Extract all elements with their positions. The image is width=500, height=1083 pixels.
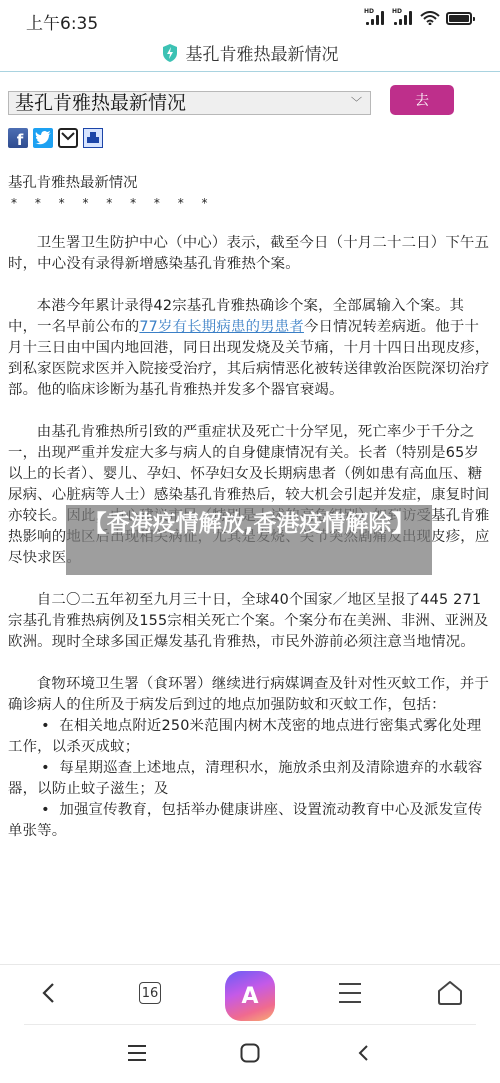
- facebook-icon[interactable]: f: [8, 128, 28, 148]
- hd-signal-icon: HD: [364, 11, 386, 25]
- status-time: 上午6:35: [26, 9, 98, 34]
- home-icon: [437, 980, 463, 1006]
- paragraph: 食物环境卫生署（食环署）继续进行病媒调查及针对性灭蚊工作，并于确诊病人的住所及于…: [8, 674, 492, 716]
- headline-overlay: 【香港疫情解放,香港疫情解除】: [66, 505, 432, 575]
- back-icon: [41, 982, 55, 1004]
- tabs-button[interactable]: 16: [130, 973, 170, 1013]
- tab-count: 16: [139, 982, 161, 1004]
- back-icon: [357, 1044, 369, 1062]
- wifi-icon: [420, 11, 440, 25]
- system-nav: [0, 1025, 500, 1083]
- recents-button[interactable]: [119, 1035, 155, 1071]
- menu-button[interactable]: [330, 973, 370, 1013]
- page-select[interactable]: 基孔肯雅热最新情况 ﹀: [8, 91, 371, 115]
- recents-icon: [127, 1044, 147, 1062]
- list-item: • 加强宣传教育，包括举办健康讲座、设置流动教育中心及派发宣传单张等。: [8, 800, 492, 842]
- print-icon[interactable]: [83, 128, 103, 148]
- status-bar: 上午6:35 HD HD: [0, 0, 500, 34]
- web-content: 基孔肯雅热最新情况 ﹀ 去 f 基孔肯雅热最新情况 * * * * * * * …: [0, 73, 500, 960]
- system-back-button[interactable]: [345, 1035, 381, 1071]
- twitter-icon[interactable]: [33, 128, 53, 148]
- paragraph: 卫生署卫生防护中心（中心）表示，截至今日（十月二十二日）下午五时，中心没有录得新…: [8, 233, 492, 275]
- back-button[interactable]: [28, 973, 68, 1013]
- separator-stars: * * * * * * * * *: [8, 194, 492, 212]
- list-item: • 在相关地点附近250米范围内树木茂密的地点进行密集式雾化处理工作，以杀灭成蚊…: [8, 716, 492, 758]
- paragraph: 本港今年累计录得42宗基孔肯雅热确诊个案，全部属输入个案。其中，一名早前公布的7…: [8, 296, 492, 401]
- status-icons: HD HD: [364, 11, 472, 25]
- home-icon: [240, 1043, 260, 1063]
- chevron-down-icon: ﹀: [351, 92, 362, 114]
- patient-link[interactable]: 77岁有长期病患的男患者: [139, 319, 304, 335]
- browser-logo-icon: A: [241, 984, 258, 1009]
- page-nav: 基孔肯雅热最新情况 ﹀ 去: [8, 91, 488, 125]
- select-value: 基孔肯雅热最新情况: [15, 92, 186, 114]
- home-button[interactable]: [430, 973, 470, 1013]
- system-home-button[interactable]: [232, 1035, 268, 1071]
- battery-icon: [446, 12, 472, 25]
- menu-icon: [338, 982, 362, 1004]
- list-item: • 每星期巡查上述地点，清理积水，施放杀虫剂及清除遗弃的水载容器，以防止蚊子滋生…: [8, 758, 492, 800]
- share-row: f: [8, 128, 103, 148]
- browser-toolbar: 16 A: [0, 964, 500, 1026]
- hd-signal-icon: HD: [392, 11, 414, 25]
- page-title: 基孔肯雅热最新情况: [186, 40, 339, 65]
- go-button[interactable]: 去: [390, 85, 454, 115]
- paragraph: 自二〇二五年初至九月三十日，全球40个国家／地区呈报了445 271宗基孔肯雅热…: [8, 590, 492, 653]
- article-heading: 基孔肯雅热最新情况: [8, 173, 492, 194]
- mail-icon[interactable]: [58, 128, 78, 148]
- url-bar[interactable]: 基孔肯雅热最新情况: [0, 34, 500, 72]
- browser-logo-button[interactable]: A: [225, 971, 275, 1021]
- shield-icon: [162, 44, 178, 62]
